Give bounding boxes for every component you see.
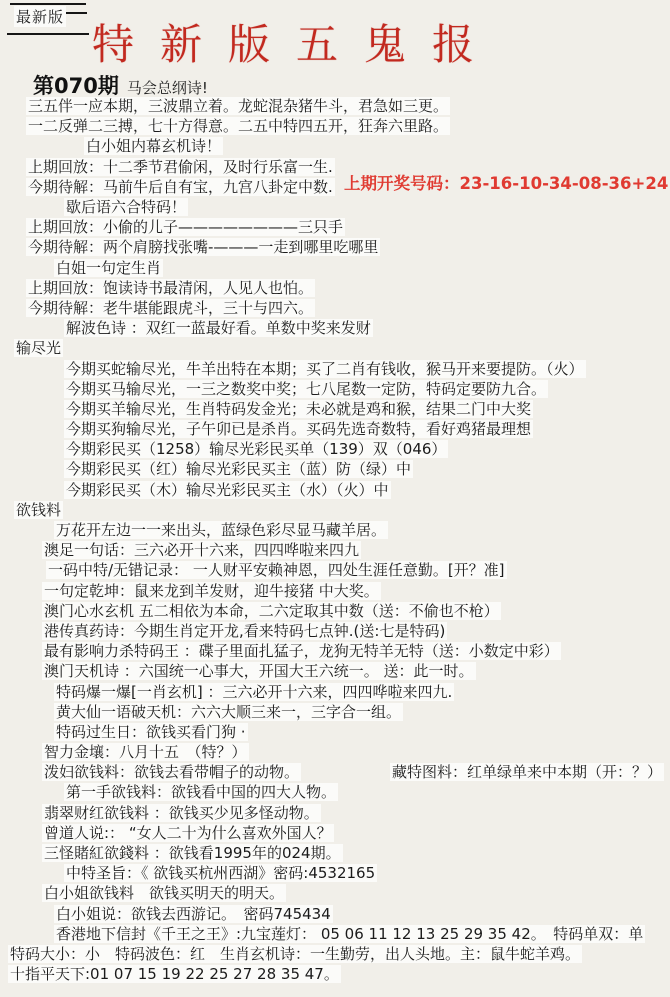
- text-line-row: 欲钱料: [0, 500, 670, 520]
- text-line: 歇后语六合特码！: [64, 198, 188, 216]
- text-line: 港传真药诗：今期生肖定开龙,看来特码七点钟.(送:七是特码): [42, 622, 447, 640]
- text-line-row: 一句定乾坤：鼠来龙到羊发财，迎牛接猪 中大奖。: [0, 581, 670, 601]
- text-line: 智力金壤：八月十五 （特？）: [42, 743, 249, 761]
- text-line-row: 今期待解：两个肩膀找张嘴-———一走到哪里吃哪里: [0, 237, 670, 257]
- bottom-rule: [7, 33, 89, 35]
- text-line-row: 澳门天机诗 ：六国统一心事大，开国大王六统一。 送：此一时。: [0, 661, 670, 681]
- text-line: 今期待解：两个肩膀找张嘴-———一走到哪里吃哪里: [26, 238, 380, 256]
- text-line: 第一手欲钱料：欲钱看中国的四大人物。: [64, 783, 338, 801]
- text-line: 输尽光: [14, 339, 63, 357]
- text-line-row: 今期待解：老牛堪能跟虎斗，三十与四六。: [0, 298, 670, 318]
- text-line: 白姐一句定生肖: [54, 259, 163, 277]
- text-line-row: 最有影响力杀特码王 ：碟子里面扎猛子，龙狗无特羊无特（送：小数定中彩）: [0, 641, 670, 661]
- text-line: 曾道人说:： “女人二十为什么喜欢外国人？: [42, 824, 334, 842]
- text-line: 上期回放：小偷的儿子————————三只手: [26, 218, 345, 236]
- text-line-row: 今期买马输尽光，一三之数奖中奖；七八尾数一定防，特码定要防九合。: [0, 379, 670, 399]
- page-title: 特新版五鬼报: [92, 22, 500, 68]
- text-line-row: 一二反弹二三搏，七十方得意。二五中特四五开，狂奔六里路。: [0, 116, 670, 136]
- text-line: 三五伴一应本期，三波鼎立着。龙蛇混杂猪牛斗，君急如三更。: [26, 97, 450, 115]
- text-line-row: 特码大小：小 特码波色：红 生肖玄机诗：一生勤劳，出人头地。主：鼠牛蛇羊鸡。: [0, 944, 670, 964]
- text-line-row: 上期回放：饱读诗书最清闲，人见人也怕。: [0, 278, 670, 298]
- text-line: 三怪賭紅欲錢料 ：欲钱看1995年的024期。: [42, 844, 343, 862]
- issue-subtitle: 马会总纲诗!: [127, 79, 208, 97]
- text-line-row: 今期彩民买（1258）输尽光彩民买单（139）双（046）: [0, 439, 670, 459]
- text-line-row: 港传真药诗：今期生肖定开龙,看来特码七点钟.(送:七是特码): [0, 621, 670, 641]
- text-line-row: 特码爆一爆[一肖玄机] ：三六必开十六来，四四哗啦来四九.: [0, 681, 670, 701]
- text-line-row: 三五伴一应本期，三波鼎立着。龙蛇混杂猪牛斗，君急如三更。: [0, 96, 670, 116]
- text-line: 白小姐说：欲钱去西游记。 密码745434: [54, 905, 333, 923]
- text-line: 澳门天机诗 ：六国统一心事大，开国大王六统一。 送：此一时。: [42, 662, 476, 680]
- text-line-row: 万花开左边一一来出头，蓝绿色彩尽显马藏羊居。: [0, 520, 670, 540]
- text-line-row: 今期买狗输尽光，子午卯已是杀肖。买码先选奇数特，看好鸡猪最理想: [0, 419, 670, 439]
- text-line-row: 中特圣旨：《 欲钱买杭州西湖》密码:4532165: [0, 863, 670, 883]
- body-lines: 三五伴一应本期，三波鼎立着。龙蛇混杂猪牛斗，君急如三更。一二反弹二三搏，七十方得…: [0, 96, 670, 984]
- masthead: 最新版 特新版五鬼报 第070期马会总纲诗!: [0, 0, 670, 97]
- text-line: 一二反弹二三搏，七十方得意。二五中特四五开，狂奔六里路。: [26, 117, 450, 135]
- text-line-row: 一码中特/无错记录： 一人财平安赖神恩，四处生涯任意勤。[开？准]: [0, 560, 670, 580]
- text-line: 特码大小：小 特码波色：红 生肖玄机诗：一生勤劳，出人头地。主：鼠牛蛇羊鸡。: [8, 945, 582, 963]
- text-line: 解波色诗 ：双红一蓝最好看。单数中奖来发财: [64, 319, 373, 337]
- text-line: 黄大仙一语破天机：六六大顺三来一，三字合一组。: [54, 703, 403, 721]
- text-line-row: 白姐一句定生肖: [0, 258, 670, 278]
- text-line: 香港地下信封《千王之王》:九宝莲灯： 05 06 11 12 13 25 29 …: [54, 925, 645, 943]
- edition-underline: [63, 12, 87, 14]
- text-line: 白小姐欲钱料 欲钱买明天的明天。: [42, 884, 286, 902]
- text-line-row: 上期回放：十二季节君偷闲，及时行乐富一生.: [0, 157, 670, 177]
- text-line-row: 十指平天下:01 07 15 19 22 25 27 28 35 47。: [0, 964, 670, 984]
- text-line-row: 翡翠财红欲钱料 ：欲钱买少见多怪动物。: [0, 803, 670, 823]
- text-line: 中特圣旨：《 欲钱买杭州西湖》密码:4532165: [64, 864, 377, 882]
- text-line-row: 今期待解：马前牛后自有宝，九宫八卦定中数.: [0, 177, 670, 197]
- text-line: 今期彩民买（红）输尽光彩民买主（蓝）防（绿）中: [64, 460, 413, 478]
- text-line: 上期回放：饱读诗书最清闲，人见人也怕。: [26, 279, 315, 297]
- text-line-row: 特码过生日：欲钱买看门狗 ·: [0, 722, 670, 742]
- text-line-row: 澳门心水玄机 五二相依为本命，二六定取其中数（送：不偷也不枪）: [0, 601, 670, 621]
- text-line-row: 三怪賭紅欲錢料 ：欲钱看1995年的024期。: [0, 843, 670, 863]
- text-line: 万花开左边一一来出头，蓝绿色彩尽显马藏羊居。: [54, 521, 388, 539]
- text-line-right: 藏特图料：红单绿单来中本期（开：？）: [390, 763, 664, 781]
- text-line-row: 第一手欲钱料：欲钱看中国的四大人物。: [0, 782, 670, 802]
- text-line: 泼妇欲钱料：欲钱去看带帽子的动物。: [42, 763, 301, 781]
- text-line: 今期买羊输尽光，生肖特码发金光；未必就是鸡和猴，结果二门中大奖: [64, 400, 533, 418]
- text-line: 今期买狗输尽光，子午卯已是杀肖。买码先选奇数特，看好鸡猪最理想: [64, 420, 533, 438]
- text-line-row: 白小姐说：欲钱去西游记。 密码745434: [0, 904, 670, 924]
- text-line-row: 解波色诗 ：双红一蓝最好看。单数中奖来发财: [0, 318, 670, 338]
- text-line: 一码中特/无错记录： 一人财平安赖神恩，四处生涯任意勤。[开？准]: [46, 561, 507, 579]
- text-line-row: 香港地下信封《千王之王》:九宝莲灯： 05 06 11 12 13 25 29 …: [0, 924, 670, 944]
- text-line-row: 今期买羊输尽光，生肖特码发金光；未必就是鸡和猴，结果二门中大奖: [0, 399, 670, 419]
- text-line: 特码过生日：欲钱买看门狗 ·: [54, 723, 248, 741]
- text-line: 澳足一句话：三六必开十六来，四四哗啦来四九: [42, 541, 361, 559]
- text-line-row: 输尽光: [0, 338, 670, 358]
- text-line-row: 白小姐欲钱料 欲钱买明天的明天。: [0, 883, 670, 903]
- text-line: 上期回放：十二季节君偷闲，及时行乐富一生.: [26, 158, 335, 176]
- text-line-row: 上期回放：小偷的儿子————————三只手: [0, 217, 670, 237]
- text-line-row: 今期彩民买（红）输尽光彩民买主（蓝）防（绿）中: [0, 459, 670, 479]
- text-line: 澳门心水玄机 五二相依为本命，二六定取其中数（送：不偷也不枪）: [42, 602, 501, 620]
- text-line: 今期买马输尽光，一三之数奖中奖；七八尾数一定防，特码定要防九合。: [64, 380, 548, 398]
- text-line: 特码爆一爆[一肖玄机] ：三六必开十六来，四四哗啦来四九.: [54, 683, 454, 701]
- text-line-row: 黄大仙一语破天机：六六大顺三来一，三字合一组。: [0, 702, 670, 722]
- text-line-row: 泼妇欲钱料：欲钱去看带帽子的动物。藏特图料：红单绿单来中本期（开：？）: [0, 762, 670, 782]
- text-line: 白小姐内幕玄机诗！: [84, 137, 223, 155]
- text-line: 今期彩民买（木）输尽光彩民买主（水）（火）中: [64, 481, 391, 499]
- text-line-row: 白小姐内幕玄机诗！: [0, 136, 670, 156]
- text-line: 最有影响力杀特码王 ：碟子里面扎猛子，龙狗无特羊无特（送：小数定中彩）: [42, 642, 561, 660]
- text-line-row: 今期彩民买（木）输尽光彩民买主（水）（火）中: [0, 480, 670, 500]
- text-line: 今期买蛇输尽光，牛羊出特在本期；买了二肖有钱收，猴马开来要提防。（火）: [64, 360, 586, 378]
- top-rule: [10, 3, 86, 5]
- text-line-row: 澳足一句话：三六必开十六来，四四哗啦来四九: [0, 540, 670, 560]
- issue-number: 第070期: [33, 74, 119, 98]
- text-line: 欲钱料: [14, 501, 63, 519]
- text-line: 今期待解：马前牛后自有宝，九宫八卦定中数.: [26, 178, 335, 196]
- text-line: 十指平天下:01 07 15 19 22 25 27 28 35 47。: [8, 965, 341, 983]
- edition-label: 最新版: [14, 6, 66, 27]
- text-line: 翡翠财红欲钱料 ：欲钱买少见多怪动物。: [42, 804, 321, 822]
- text-line: 今期彩民买（1258）输尽光彩民买单（139）双（046）: [64, 440, 448, 458]
- text-line: 今期待解：老牛堪能跟虎斗，三十与四六。: [26, 299, 315, 317]
- text-line-row: 今期买蛇输尽光，牛羊出特在本期；买了二肖有钱收，猴马开来要提防。（火）: [0, 358, 670, 378]
- tip-sheet-page: 最新版 特新版五鬼报 第070期马会总纲诗! 上期开奖号码：23-16-10-3…: [0, 0, 670, 997]
- text-line-row: 曾道人说:： “女人二十为什么喜欢外国人？: [0, 823, 670, 843]
- text-line-row: 智力金壤：八月十五 （特？）: [0, 742, 670, 762]
- text-line-row: 歇后语六合特码！: [0, 197, 670, 217]
- text-line: 一句定乾坤：鼠来龙到羊发财，迎牛接猪 中大奖。: [42, 582, 381, 600]
